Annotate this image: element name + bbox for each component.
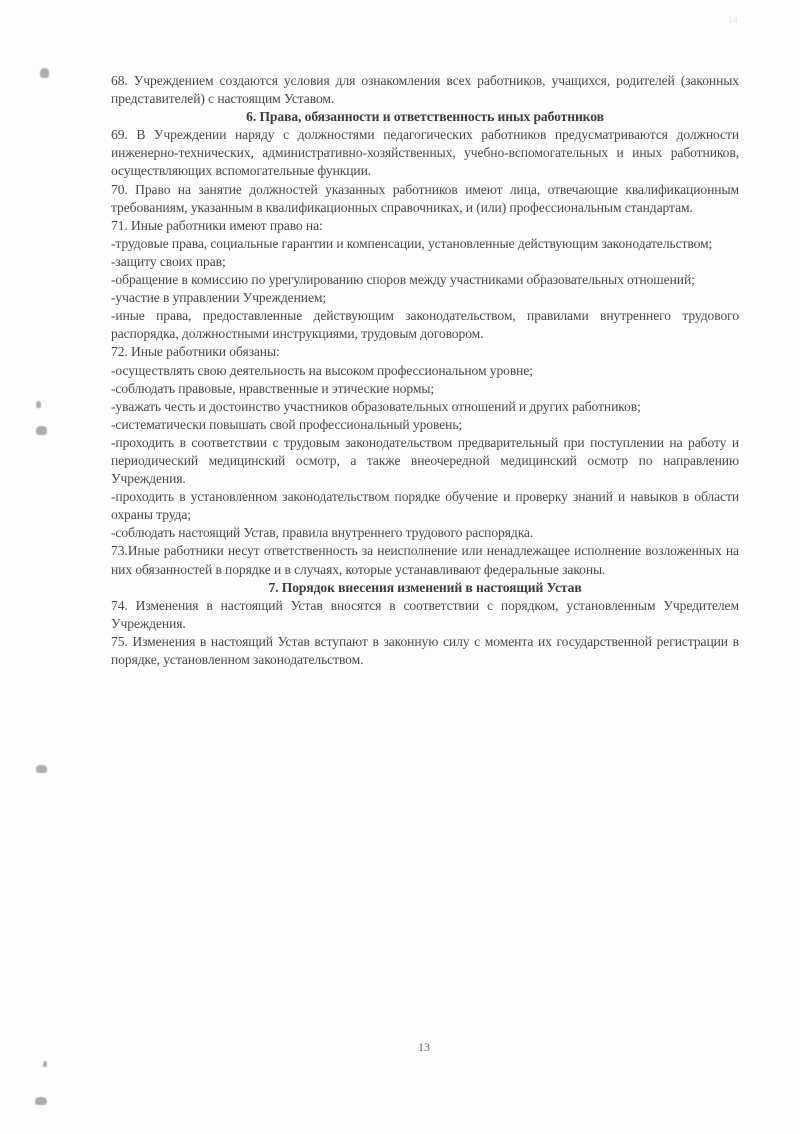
paragraph: -иные права, предоставленные действующим… <box>111 307 739 343</box>
paragraph: 70. Право на занятие должностей указанны… <box>111 181 739 217</box>
binder-hole-mark <box>36 401 41 408</box>
binder-hole-mark <box>36 426 47 435</box>
paragraph: 68. Учреждением создаются условия для оз… <box>111 72 739 108</box>
paragraph: -участие в управлении Учреждением; <box>111 289 739 307</box>
paragraph: -соблюдать правовые, нравственные и этич… <box>111 380 739 398</box>
paragraph: -защиту своих прав; <box>111 253 739 271</box>
paragraph: -уважать честь и достоинство участников … <box>111 398 739 416</box>
document-page: 14 68. Учреждением создаются условия для… <box>0 0 800 1134</box>
document-body: 68. Учреждением создаются условия для оз… <box>111 72 739 669</box>
paragraph: 73.Иные работники несут ответственность … <box>111 542 739 578</box>
paragraph: -осуществлять свою деятельность на высок… <box>111 362 739 380</box>
section-heading: 7. Порядок внесения изменений в настоящи… <box>111 579 739 597</box>
paragraph: 75. Изменения в настоящий Устав вступают… <box>111 633 739 669</box>
paragraph: 72. Иные работники обязаны: <box>111 343 739 361</box>
bleed-through-mark: 14 <box>728 15 738 25</box>
binder-hole-mark <box>40 68 49 78</box>
paragraph: 69. В Учреждении наряду с должностями пе… <box>111 126 739 180</box>
binder-hole-mark <box>35 1097 47 1105</box>
paragraph: -проходить в установленном законодательс… <box>111 488 739 524</box>
paragraph: -трудовые права, социальные гарантии и к… <box>111 235 739 253</box>
paragraph: 71. Иные работники имеют право на: <box>111 217 739 235</box>
binder-hole-mark <box>36 765 47 773</box>
paragraph: -систематически повышать свой профессион… <box>111 416 739 434</box>
paragraph: -соблюдать настоящий Устав, правила внут… <box>111 524 739 542</box>
page-number: 13 <box>418 1040 430 1055</box>
section-heading: 6. Права, обязанности и ответственность … <box>111 108 739 126</box>
binder-hole-mark <box>43 1061 47 1067</box>
paragraph: 74. Изменения в настоящий Устав вносятся… <box>111 597 739 633</box>
paragraph: -обращение в комиссию по урегулированию … <box>111 271 739 289</box>
paragraph: -проходить в соответствии с трудовым зак… <box>111 434 739 488</box>
